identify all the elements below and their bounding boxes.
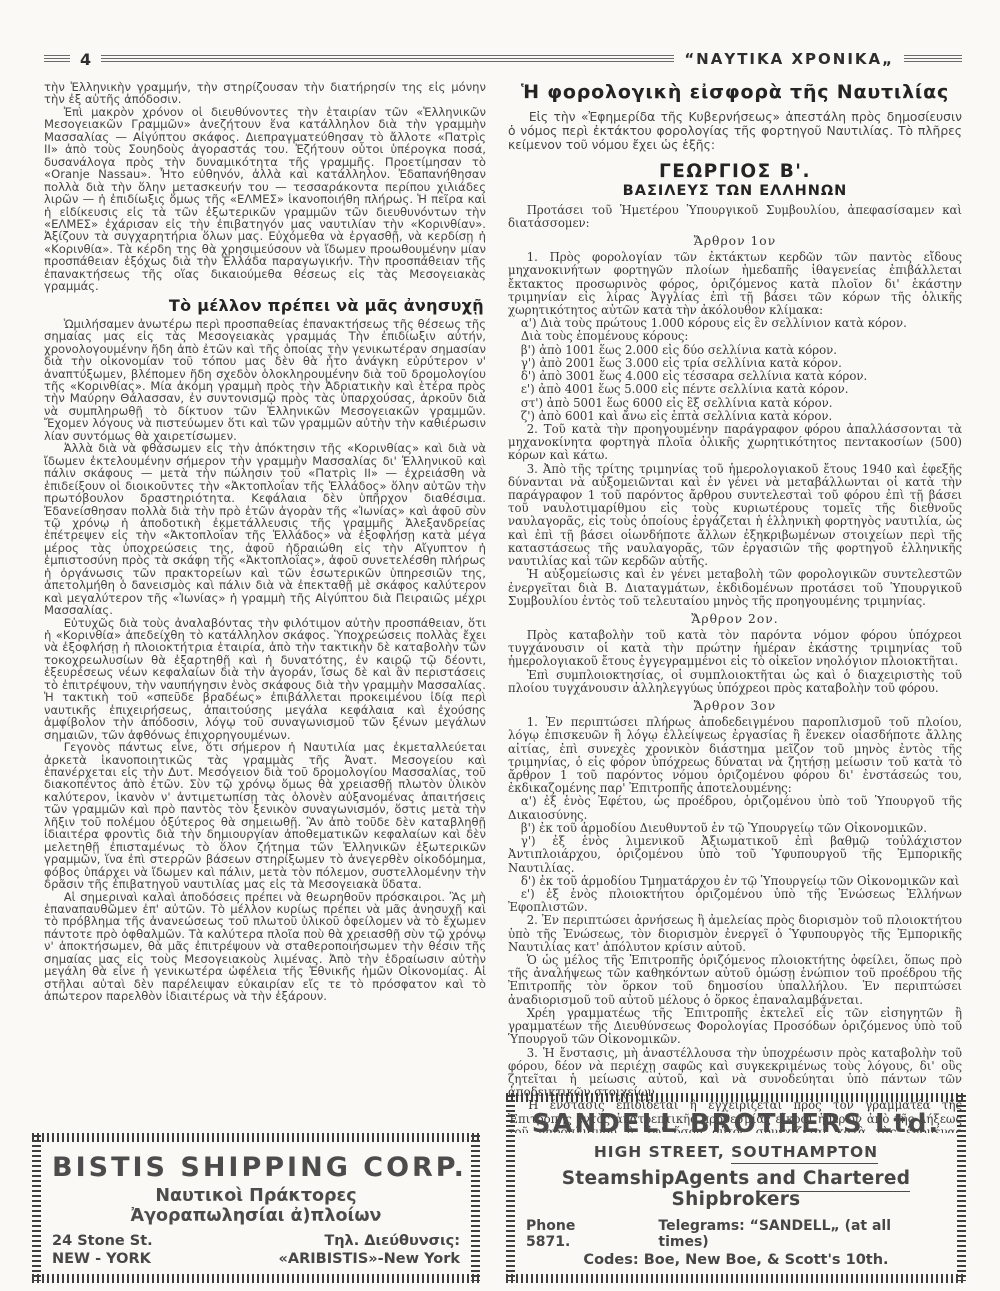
sandell-brothers-ad: SANDELL BROTHERS Ltd. HIGH STREET, SOUTH… (506, 1093, 966, 1283)
committee-member-item: δ') ἐκ τοῦ ἁρμοδίου Τμηματάρχου ἐν τῷ Ὑπ… (508, 875, 962, 888)
article-paragraph: Εὐτυχῶς διὰ τοὺς ἀναλαβόντας τὴν φιλότιμ… (44, 617, 486, 742)
law-body: Προτάσει τοῦ Ἡμετέρου Ὑπουργικοῦ Συμβουλ… (508, 204, 962, 1133)
committee-member-item: ε') ἐξ ἑνὸς πλοιοκτήτου ὁριζομένου ὑπὸ τ… (508, 888, 962, 914)
ad-border-top (506, 1093, 966, 1102)
sandell-ad-contact: Phone 5871. Telegrams: “SANDELL„ (at all… (526, 1218, 946, 1250)
section-heading: Τὸ μέλλον πρέπει νὰ μᾶς ἀνησυχῇ (44, 296, 484, 315)
ad-border-bottom (506, 1274, 966, 1283)
law-paragraph: 3. Ἀπὸ τῆς τρίτης τριμηνίας τοῦ ἡμερολογ… (508, 463, 962, 569)
law-paragraph: 2. Ἐν περιπτώσει ἀρνήσεως ἢ ἀμελείας πρὸ… (508, 914, 962, 954)
sandell-city-text: SOUTHAMPTON (731, 1143, 878, 1164)
law-paragraph: Πρὸς καταβολὴν τοῦ κατὰ τὸν παρόντα νόμο… (508, 629, 962, 669)
article-paragraph: τὴν Ἑλληνικὴν γραμμήν, τὴν στηρίζουσαν τ… (44, 81, 486, 106)
bistis-ad-contact: 24 Stone St. NEW - YORK Τηλ. Διεύθυνσις:… (52, 1233, 460, 1268)
law-paragraph: 1. Πρὸς φορολογίαν τῶν ἐκτάκτων κερδῶν τ… (508, 251, 962, 317)
royal-title: ΒΑΣΙΛΕΥΣ ΤΩΝ ΕΛΛΗΝΩΝ (508, 183, 962, 199)
header-rule-right (904, 55, 962, 63)
royal-name: ΓΕΩΡΓΙΟΣ Β'. (508, 161, 962, 182)
sandell-ad-services: SteamshipAgents and Chartered Shipbroker… (526, 1168, 946, 1210)
advertisements-row: BISTIS SHIPPING CORP. Ναυτικοὶ Πράκτορες… (32, 1093, 966, 1283)
bistis-ad-subtitle: Ναυτικοὶ Πράκτορες (52, 1186, 460, 1206)
law-paragraph: Ὁ ὡς μέλος τῆς Ἐπιτροπῆς ὁριζόμενος πλοι… (508, 954, 962, 1007)
bistis-ad-subtitle: Ἀγοραπωλησίαι ἀ)πλοίων (52, 1206, 460, 1226)
law-preamble: Προτάσει τοῦ Ἡμετέρου Ὑπουργικοῦ Συμβουλ… (508, 204, 962, 230)
ad-border-right (957, 1095, 966, 1281)
article-1-heading: Ἄρθρον 1ον (508, 234, 962, 248)
bistis-shipping-ad: BISTIS SHIPPING CORP. Ναυτικοὶ Πράκτορες… (32, 1133, 480, 1283)
page-number: 4 (80, 50, 91, 69)
ad-border-left (32, 1135, 41, 1281)
article-2-heading: Ἄρθρον 2ον. (508, 612, 962, 626)
article-paragraph: Ὡμιλήσαμεν ἀνωτέρω περὶ προσπαθείας ἐπαν… (44, 318, 486, 443)
header-rule-left (44, 55, 70, 63)
law-paragraph: 1. Ἐν περιπτώσει πλήρως ἀποδεδειγμένου π… (508, 716, 962, 795)
bistis-tel-label: Τηλ. Διεύθυνσις: (279, 1233, 461, 1250)
sandell-ad-title: SANDELL BROTHERS Ltd. (526, 1109, 946, 1139)
bistis-ad-title: BISTIS SHIPPING CORP. (52, 1152, 460, 1183)
ad-border-bottom (32, 1274, 480, 1283)
law-paragraph: 3. Ἡ ἔνστασις, μὴ ἀναστέλλουσα τὴν ὑποχρ… (508, 1047, 962, 1100)
article-3-heading: Ἄρθρον 3ον (508, 699, 962, 713)
law-paragraph: Ἐπὶ συμπλοιοκτησίας, οἱ συμπλοιοκτῆται ὡ… (508, 669, 962, 695)
ad-border-right (471, 1135, 480, 1281)
law-article-title: Ἡ φορολογικὴ εἰσφορὰ τῆς Ναυτιλίας (508, 81, 962, 103)
sandell-telegrams: Telegrams: “SANDELL„ (at all times) (658, 1218, 946, 1250)
article-paragraph: Γεγονὸς πάντως εἶνε, ὅτι σήμερον ἡ Ναυτι… (44, 741, 486, 890)
content-columns: τὴν Ἑλληνικὴν γραμμήν, τὴν στηρίζουσαν τ… (44, 81, 962, 1133)
article-paragraph: Αἱ σημεριναὶ καλαὶ ἀποδόσεις πρέπει νὰ θ… (44, 891, 486, 1003)
sandell-codes: Codes: Boe, New Boe, & Scott's 10th. (526, 1252, 946, 1268)
left-column-article: τὴν Ἑλληνικὴν γραμμήν, τὴν στηρίζουσαν τ… (44, 81, 486, 1133)
sandell-ad-street: HIGH STREET, SOUTHAMPTON (526, 1143, 946, 1161)
sandell-phone: Phone 5871. (526, 1218, 624, 1250)
sandell-shipbrokers-text: Shipbrokers (672, 1189, 801, 1210)
bistis-street: 24 Stone St. (52, 1233, 153, 1250)
bistis-ad-address: 24 Stone St. NEW - YORK (52, 1233, 153, 1268)
header-rule-center (101, 55, 674, 63)
sandell-agents-text: SteamshipAgents (562, 1168, 750, 1189)
article-paragraph: Ἐπὶ μακρὸν χρόνον οἱ διευθύνοντες τὴν ἑτ… (44, 106, 486, 293)
tax-scale-item: ζ') ἀπὸ 6001 καὶ ἄνω εἰς ἑπτὰ σελλίνια κ… (508, 410, 962, 423)
law-paragraph: Ἡ αὐξομείωσις καὶ ἐν γένει μεταβολὴ τῶν … (508, 568, 962, 608)
law-paragraph: 2. Τοῦ κατὰ τὴν προηγουμένην παράγραφον … (508, 423, 962, 463)
tax-scale-item: ε') ἀπὸ 4001 ἕως 5.000 εἰς πέντε σελλίνι… (508, 383, 962, 396)
committee-member-item: γ') ἐξ ἑνὸς λιμενικοῦ Ἀξιωματικοῦ ἐπὶ βα… (508, 835, 962, 875)
ad-border-top (32, 1133, 480, 1142)
masthead-title: “ΝΑΥΤΙΚΑ ΧΡΟΝΙΚΑ„ (684, 50, 894, 68)
bistis-city: NEW - YORK (52, 1251, 153, 1268)
right-column-law: Ἡ φορολογικὴ εἰσφορὰ τῆς Ναυτιλίας Εἰς τ… (508, 81, 962, 1133)
magazine-page: 4 “ΝΑΥΤΙΚΑ ΧΡΟΝΙΚΑ„ τὴν Ἑλληνικὴν γραμμή… (0, 0, 1000, 1291)
bistis-ad-telegraph: Τηλ. Διεύθυνσις: «ARIBISTIS»-New York (279, 1233, 461, 1268)
law-intro-paragraph: Εἰς τὴν «Ἐφημερίδα τῆς Κυβερνήσεως» ἀπεσ… (508, 111, 962, 153)
ad-border-left (506, 1095, 515, 1281)
tax-scale-item: β') ἀπὸ 1001 ἕως 2.000 εἰς δύο σελλίνια … (508, 344, 962, 357)
sandell-street-text: HIGH STREET, (594, 1143, 725, 1161)
tax-scale-item: στ') ἀπὸ 5001 ἕως 6000 εἰς ἓξ σελλίνια κ… (508, 397, 962, 410)
page-header: 4 “ΝΑΥΤΙΚΑ ΧΡΟΝΙΚΑ„ (44, 50, 962, 68)
tax-scale-item: Διὰ τοὺς ἑπομένους κόρους: (508, 330, 962, 343)
bistis-tel-value: «ARIBISTIS»-New York (279, 1251, 461, 1268)
committee-member-item: α') ἐξ ἑνὸς Ἐφέτου, ὡς προέδρου, ὁριζομέ… (508, 795, 962, 821)
article-paragraph: Ἀλλὰ διὰ νὰ φθάσωμεν εἰς τὴν ἀπόκτησιν τ… (44, 442, 486, 616)
law-paragraph: Χρέη γραμματέως τῆς Ἐπιτροπῆς ἐκτελεῖ εἷ… (508, 1007, 962, 1047)
